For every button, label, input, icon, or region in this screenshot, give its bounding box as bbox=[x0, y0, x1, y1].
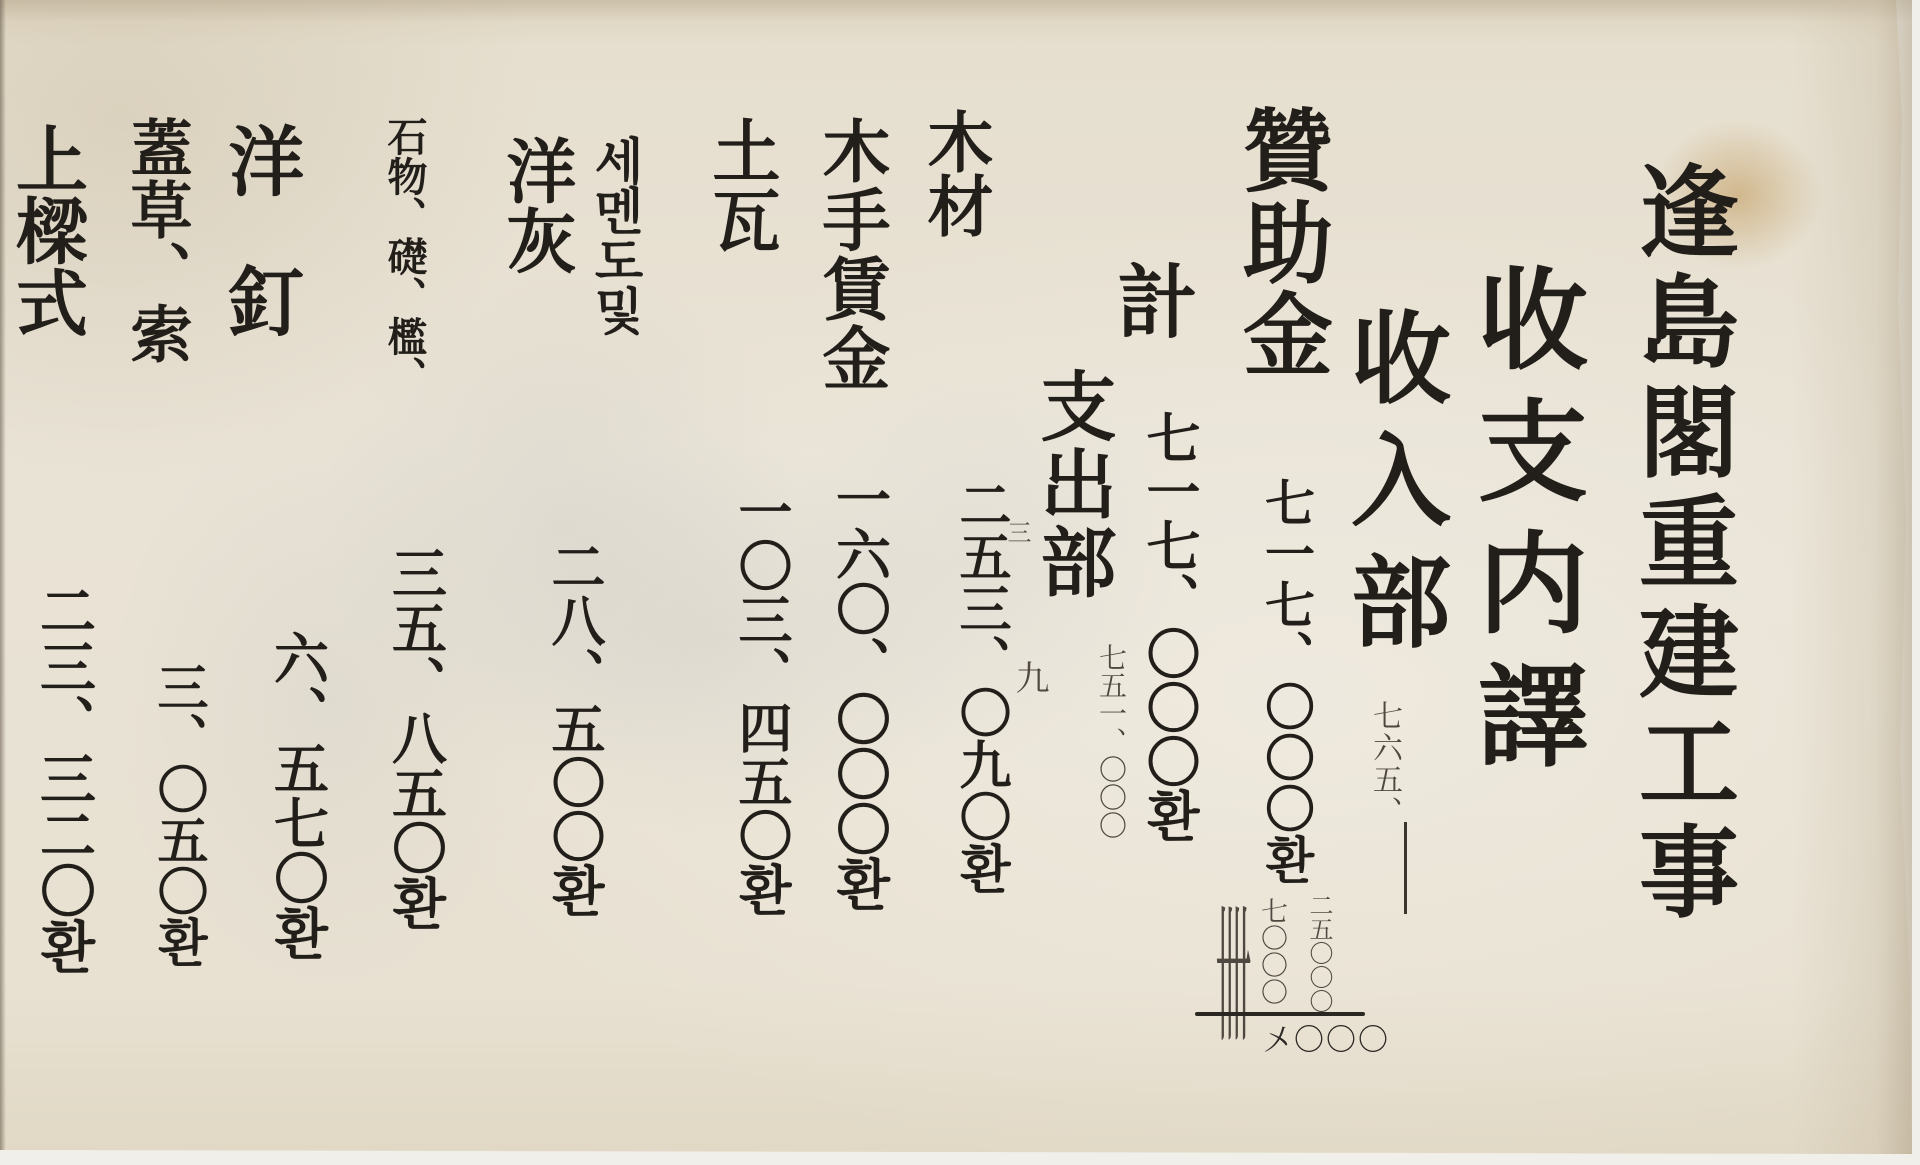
income-total-amount: 七一七、〇〇〇환 bbox=[1143, 410, 1197, 842]
margin-calc-line: 七〇〇〇 bbox=[1258, 897, 1285, 1005]
correction-mark: 三 bbox=[1005, 520, 1029, 544]
income-item-label: 贊助金 bbox=[1235, 104, 1325, 380]
document-title: 逢島閣重建工事 bbox=[1631, 160, 1731, 930]
income-heading: 收入部 bbox=[1343, 306, 1443, 672]
expense-item-label-ridge-ceremony: 上樑式 bbox=[10, 122, 82, 338]
income-total-label: 計 bbox=[1111, 260, 1191, 340]
income-side-note: 七六五、 bbox=[1369, 700, 1399, 828]
expense-item-label-nails: 洋釘 bbox=[222, 122, 298, 402]
correction-mark: 九 bbox=[1012, 660, 1046, 694]
income-item-amount: 七一七、〇〇〇환 bbox=[1261, 477, 1311, 885]
margin-calc-result: 〤〇〇〇 bbox=[1262, 1026, 1390, 1056]
expense-item-amount-roof-tiles: 一〇三、四五〇환 bbox=[735, 484, 789, 916]
expense-item-amount-nails: 六、五七〇환 bbox=[270, 630, 325, 960]
margin-calc-tally: 卌 bbox=[1212, 895, 1248, 1046]
expense-item-label-stonework: 石物、礎、檻、 bbox=[384, 116, 424, 396]
expense-heading: 支出部 bbox=[1034, 367, 1110, 601]
expense-item-amount-stonework: 三五、八五〇환 bbox=[388, 545, 443, 930]
document-subtitle: 收支内譯 bbox=[1469, 262, 1579, 790]
expense-item-label-timber: 木材 bbox=[922, 108, 988, 236]
margin-calc-sum-rule bbox=[1195, 1012, 1365, 1016]
margin-calc-line: 二五〇〇〇 bbox=[1307, 893, 1331, 1013]
side-note-line bbox=[1404, 822, 1407, 914]
expense-item-label-carpenter-wages: 木手賃金 bbox=[817, 116, 885, 392]
expense-side-note: 七五一、〇〇〇 bbox=[1097, 643, 1125, 839]
expense-item-amount-carpenter-wages: 一六〇、〇〇〇환 bbox=[832, 471, 887, 911]
paper-top-edge bbox=[0, 0, 1912, 22]
expense-item-label-cement: 洋灰 bbox=[501, 135, 571, 275]
expense-item-amount-cement: 二八、五〇〇환 bbox=[548, 539, 602, 917]
expense-item-label-roof-tiles: 土瓦 bbox=[707, 116, 775, 256]
expense-item-label-note-cement: 세멘도및 bbox=[590, 135, 640, 335]
document-scan: 逢島閣重建工事 收支内譯 收入部 七六五、 贊助金 七一七、〇〇〇환 計 七一七… bbox=[0, 0, 1920, 1165]
expense-item-amount-thatch: 三、〇五〇환 bbox=[152, 661, 203, 967]
expense-item-amount-ridge-ceremony: 二三、三二〇환 bbox=[36, 582, 92, 974]
expense-item-label-thatch: 蓋草、索 bbox=[125, 116, 187, 364]
expense-item-amount-timber: 二五三、〇九〇환 bbox=[954, 478, 1006, 894]
